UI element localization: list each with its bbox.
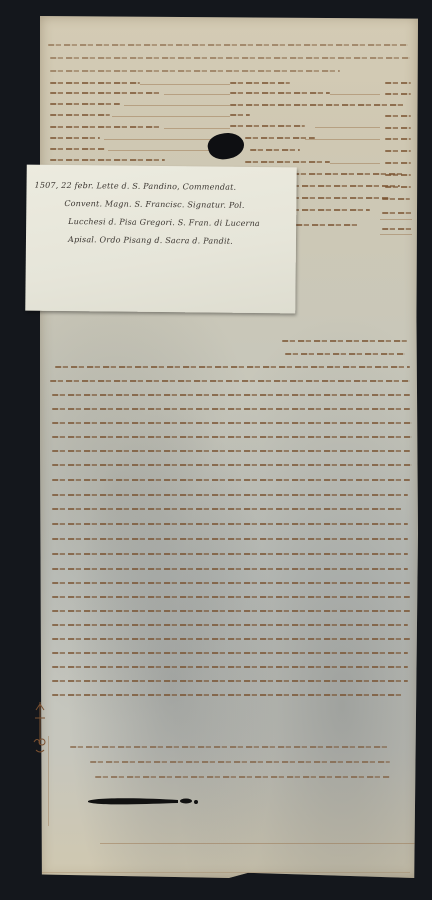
text-line [52,523,408,525]
text-line [50,70,340,72]
label-line-3: Lucchesi d. Pisa Gregori. S. Fran. di Lu… [68,217,260,228]
dash-rule [330,94,380,95]
text-line [52,408,410,410]
list-entry [50,126,162,128]
dash-rule [315,127,380,128]
list-entry [50,148,105,150]
dash-rule [164,94,230,95]
list-entry [230,104,405,106]
amount [385,162,411,164]
list-entry [245,161,330,163]
amount [382,228,412,230]
list-entry [230,92,330,94]
dash-rule [112,116,230,117]
text-line [52,494,408,496]
label-line-2: Convent. Magn. S. Francisc. Signatur. Po… [64,199,244,210]
text-line [52,422,412,424]
text-line [52,464,412,466]
text-line [52,568,408,570]
text-line [48,44,408,46]
text-line [52,596,410,598]
text-line [52,479,410,481]
dash-rule [164,128,230,129]
list-entry [230,82,290,84]
list-entry [50,103,120,105]
list-entry [230,125,305,127]
text-line [52,610,410,612]
text-line [52,508,402,510]
list-entry [50,114,110,116]
text-line [52,436,412,438]
text-line [285,353,405,355]
dash-rule [305,139,380,140]
text-line [282,340,407,342]
amount [385,174,411,176]
sum-rule [380,234,412,235]
list-entry [250,149,300,151]
amount [385,82,411,84]
dash-rule [124,105,230,106]
dash-rule [140,84,230,85]
amount [382,212,412,214]
list-entry [50,92,162,94]
amount [385,150,411,152]
text-line [52,680,408,682]
text-line [52,652,408,654]
list-entry [230,114,250,116]
subscription-line [70,746,390,748]
text-line [52,582,410,584]
text-line [52,450,410,452]
text-line [55,366,410,368]
amount [385,186,411,188]
bottom-rule [40,872,410,873]
list-entry [50,137,100,139]
amount [385,93,411,95]
label-line-1: 1507, 22 febr. Lette d. S. Pandino, Comm… [35,181,237,192]
subscription-line [90,761,390,763]
list-entry [50,82,140,84]
text-line [50,57,410,59]
text-line [52,624,408,626]
list-entry [50,159,165,161]
amount [382,198,410,200]
text-line [52,638,410,640]
text-line [52,666,408,668]
label-line-4: Apisal. Ordo Pisang d. Sacra d. Pandit. [68,235,233,246]
archival-label: 1507, 22 febr. Lette d. S. Pandino, Comm… [25,165,297,314]
dash-rule [330,163,380,164]
text-line [52,538,408,540]
sum-rule [380,219,412,220]
text-line [52,394,410,396]
text-line [52,553,408,555]
subscription-line [95,776,390,778]
text-line [52,694,402,696]
amount [385,127,411,129]
text-line [50,380,410,382]
amount [385,138,411,140]
seal-strip [86,796,206,806]
amount [385,115,411,117]
bottom-rule [100,843,420,844]
notarial-signum-icon [30,700,50,760]
